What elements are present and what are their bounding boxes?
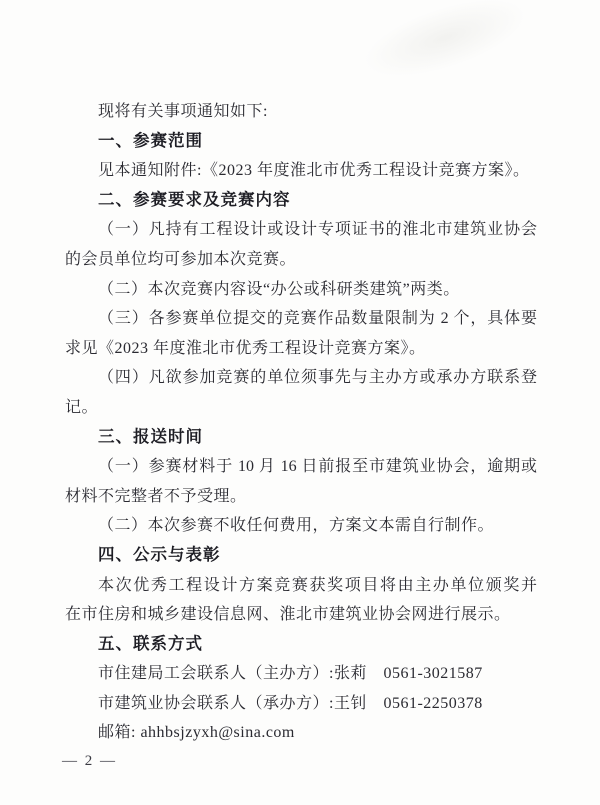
text-line: （三）各参赛单位提交的竞赛作品数量限制为 2 个，具体要	[65, 304, 537, 334]
text-line: 求见《2023 年度淮北市优秀工程设计竞赛方案》。	[65, 334, 537, 364]
text-line: 见本通知附件:《2023 年度淮北市优秀工程设计竞赛方案》。	[65, 156, 537, 186]
page-number: — 2 —	[62, 753, 117, 770]
section-heading-2: 二、参赛要求及竞赛内容	[65, 186, 537, 216]
contact-line-email: 邮箱: ahhbsjzyxh@sina.com	[65, 718, 537, 748]
text-line: 在市住房和城乡建设信息网、淮北市建筑业协会网进行展示。	[65, 600, 537, 630]
text-line: 材料不完整者不予受理。	[65, 482, 537, 512]
section-heading-3: 三、报送时间	[65, 423, 537, 453]
text-line: 现将有关事项通知如下:	[65, 97, 537, 127]
text-line: 本次优秀工程设计方案竞赛获奖项目将由主办单位颁奖并	[65, 571, 537, 601]
scan-smudge	[355, 0, 535, 93]
contact-line-organizer: 市住建局工会联系人（主办方）:张莉 0561-3021587	[65, 659, 537, 689]
section-heading-5: 五、联系方式	[65, 630, 537, 660]
text-line: （四）凡欲参加竞赛的单位须事先与主办方或承办方联系登	[65, 363, 537, 393]
document-body: 现将有关事项通知如下: 一、参赛范围 见本通知附件:《2023 年度淮北市优秀工…	[65, 97, 537, 748]
text-line: （一）凡持有工程设计或设计专项证书的淮北市建筑业协会	[65, 215, 537, 245]
text-line: （二）本次竞赛内容设“办公或科研类建筑”两类。	[65, 275, 537, 305]
text-line: 记。	[65, 393, 537, 423]
text-line: 的会员单位均可参加本次竞赛。	[65, 245, 537, 275]
text-line: （一）参赛材料于 10 月 16 日前报至市建筑业协会，逾期或	[65, 452, 537, 482]
text-line: （二）本次参赛不收任何费用，方案文本需自行制作。	[65, 511, 537, 541]
section-heading-1: 一、参赛范围	[65, 127, 537, 157]
section-heading-4: 四、公示与表彰	[65, 541, 537, 571]
contact-line-undertaker: 市建筑业协会联系人（承办方）:王钊 0561-2250378	[65, 689, 537, 719]
document-page: 现将有关事项通知如下: 一、参赛范围 见本通知附件:《2023 年度淮北市优秀工…	[0, 0, 600, 805]
